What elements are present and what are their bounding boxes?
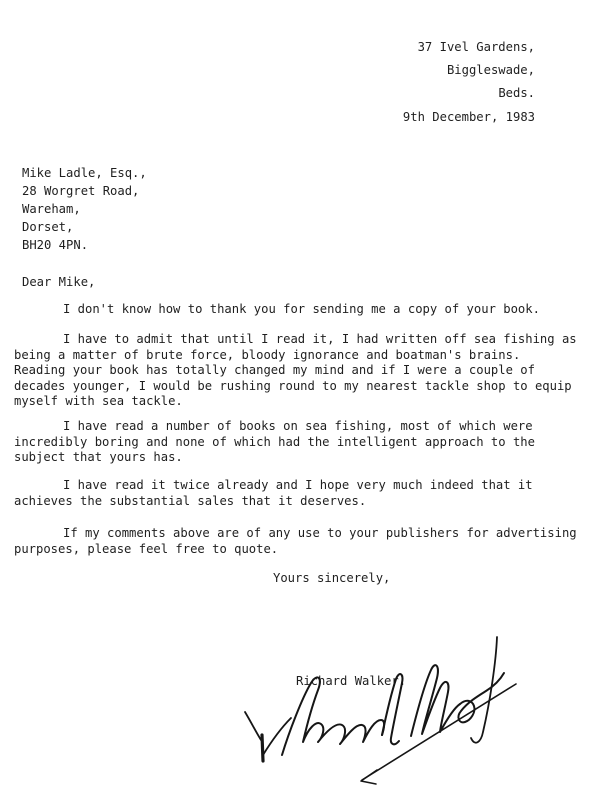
sender-address-line: 37 Ivel Gardens, (418, 36, 535, 59)
body-paragraph: I have to admit that until I read it, I … (14, 332, 600, 410)
recipient-address-block: Mike Ladle, Esq., 28 Worgret Road, Wareh… (22, 164, 147, 254)
sender-address-line: Biggleswade, (418, 59, 535, 82)
letter-date: 9th December, 1983 (403, 110, 535, 124)
recipient-address-line: Wareham, (22, 200, 147, 218)
body-line: I have to admit that until I read it, I … (14, 332, 600, 348)
recipient-address-line: Mike Ladle, Esq., (22, 164, 147, 182)
body-line: subject that yours has. (14, 450, 600, 466)
body-paragraph: I have read a number of books on sea fis… (14, 419, 600, 466)
recipient-address-line: Dorset, (22, 218, 147, 236)
sender-address-block: 37 Ivel Gardens, Biggleswade, Beds. (418, 36, 535, 105)
recipient-address-line: BH20 4PN. (22, 236, 147, 254)
sender-address-line: Beds. (418, 82, 535, 105)
body-paragraph: I have read it twice already and I hope … (14, 478, 600, 509)
body-line: If my comments above are of any use to y… (14, 526, 600, 542)
body-line: incredibly boring and none of which had … (14, 435, 600, 451)
body-line: Reading your book has totally changed my… (14, 363, 600, 379)
body-paragraph: If my comments above are of any use to y… (14, 526, 600, 557)
body-paragraph: I don't know how to thank you for sendin… (14, 302, 600, 318)
body-line: being a matter of brute force, bloody ig… (14, 348, 600, 364)
recipient-address-line: 28 Worgret Road, (22, 182, 147, 200)
body-line: I don't know how to thank you for sendin… (14, 302, 600, 318)
closing: Yours sincerely, (273, 571, 390, 585)
body-line: I have read it twice already and I hope … (14, 478, 600, 494)
letter-page: 37 Ivel Gardens, Biggleswade, Beds. 9th … (0, 0, 600, 800)
body-line: achieves the substantial sales that it d… (14, 494, 600, 510)
signature-image (225, 628, 530, 793)
salutation: Dear Mike, (22, 275, 95, 289)
body-line: myself with sea tackle. (14, 394, 600, 410)
body-line: decades younger, I would be rushing roun… (14, 379, 600, 395)
body-line: I have read a number of books on sea fis… (14, 419, 600, 435)
body-line: purposes, please feel free to quote. (14, 542, 600, 558)
